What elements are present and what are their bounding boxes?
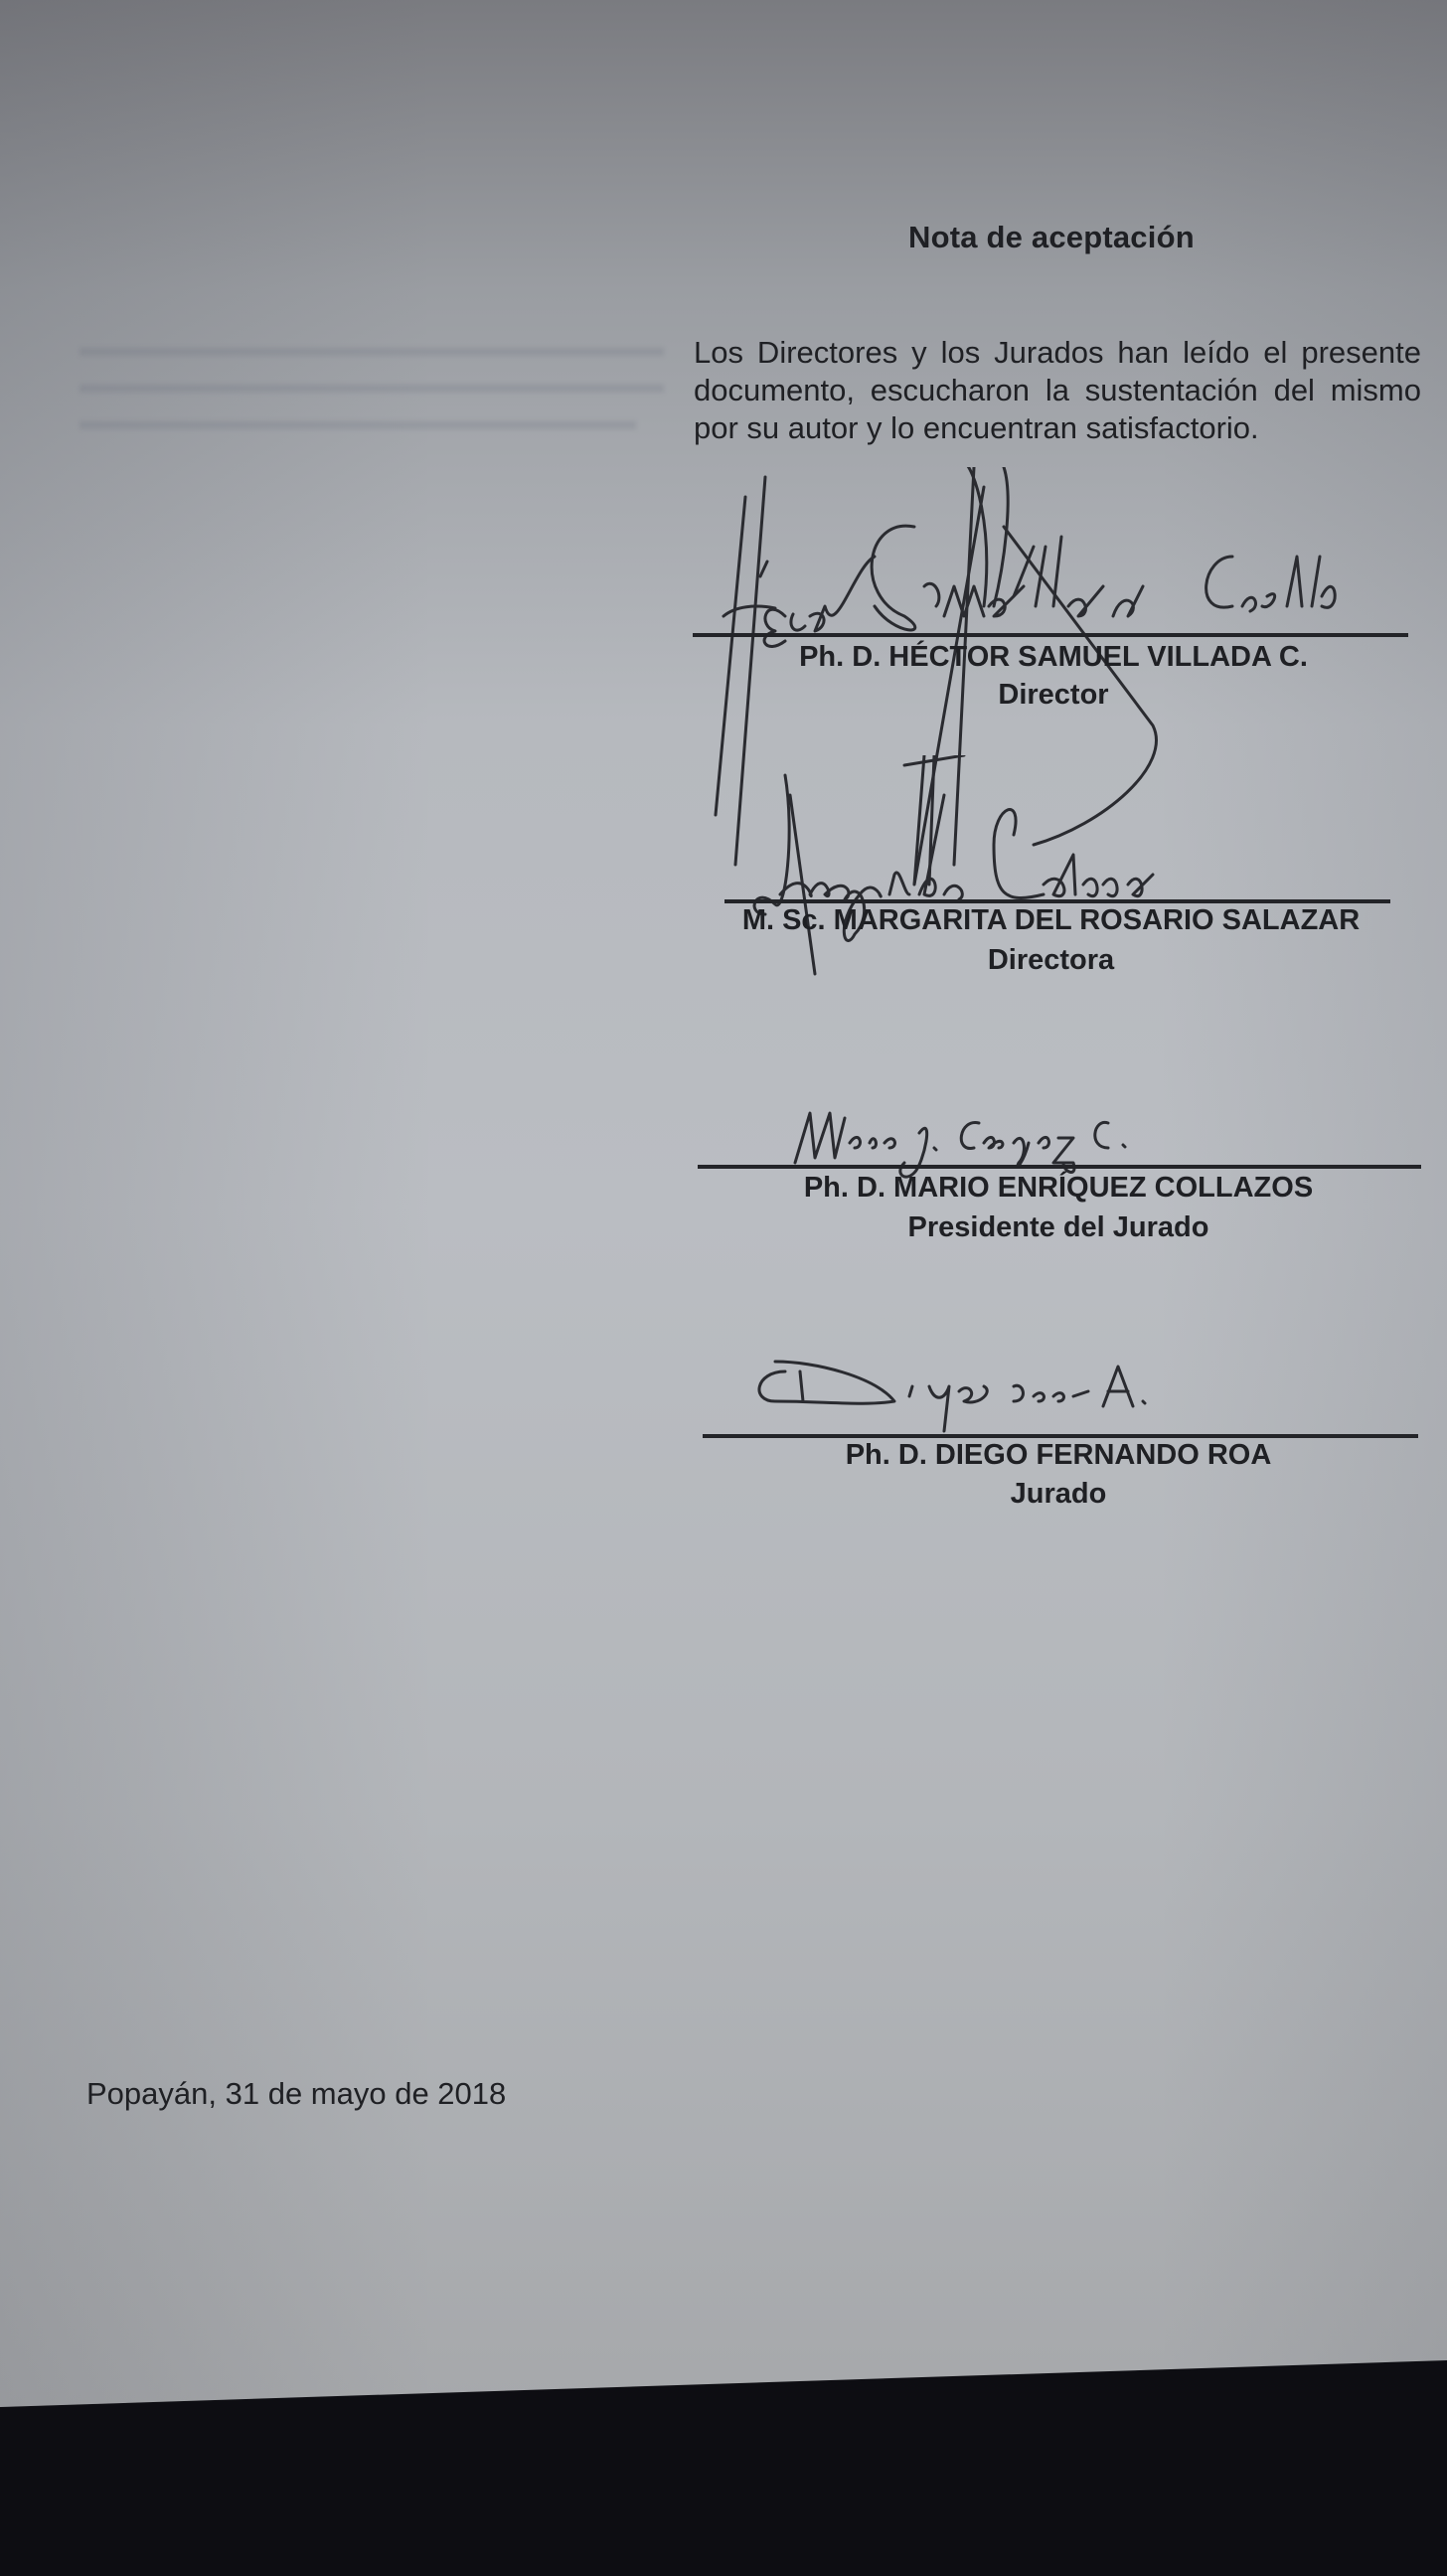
signatory-role: Presidente del Jurado bbox=[696, 1211, 1421, 1244]
signatory-name: Ph. D. HÉCTOR SAMUEL VILLADA C. bbox=[696, 641, 1411, 674]
signatory-name: Ph. D. DIEGO FERNANDO ROA bbox=[696, 1439, 1421, 1472]
signatory-role: Director bbox=[696, 679, 1411, 712]
acceptance-statement: Los Directores y los Jurados han leído e… bbox=[694, 334, 1421, 447]
signature-block-jury: Ph. D. DIEGO FERNANDO ROA Jurado bbox=[696, 1352, 1421, 1521]
place-and-date: Popayán, 31 de mayo de 2018 bbox=[86, 2076, 506, 2112]
bleed-through-text: ▬▬▬▬▬▬▬▬▬▬▬▬▬▬▬▬▬▬▬▬▬▬▬▬▬▬▬▬▬▬▬▬▬▬▬▬▬▬▬▬… bbox=[80, 328, 716, 438]
signature-line bbox=[698, 1165, 1421, 1169]
document-page: ▬▬▬▬▬▬▬▬▬▬▬▬▬▬▬▬▬▬▬▬▬▬▬▬▬▬▬▬▬▬▬▬▬▬▬▬▬▬▬▬… bbox=[0, 0, 1447, 2415]
signature-line bbox=[693, 633, 1408, 637]
signatory-name: M. Sc. MARGARITA DEL ROSARIO SALAZAR bbox=[686, 904, 1416, 937]
signatory-role: Jurado bbox=[696, 1478, 1421, 1511]
signatory-role: Directora bbox=[686, 944, 1416, 977]
signature-block-directora: M. Sc. MARGARITA DEL ROSARIO SALAZAR Dir… bbox=[686, 755, 1416, 994]
bleed-through-heading bbox=[636, 213, 742, 249]
signatory-name: Ph. D. MARIO ENRÍQUEZ COLLAZOS bbox=[696, 1172, 1421, 1205]
signature-block-president: Ph. D. MARIO ENRÍQUEZ COLLAZOS President… bbox=[696, 1093, 1421, 1252]
signature-block-director: Ph. D. HÉCTOR SAMUEL VILLADA C. Director bbox=[696, 477, 1411, 725]
signature-line bbox=[724, 899, 1390, 903]
document-title: Nota de aceptación bbox=[908, 220, 1195, 255]
signature-line bbox=[703, 1434, 1418, 1438]
